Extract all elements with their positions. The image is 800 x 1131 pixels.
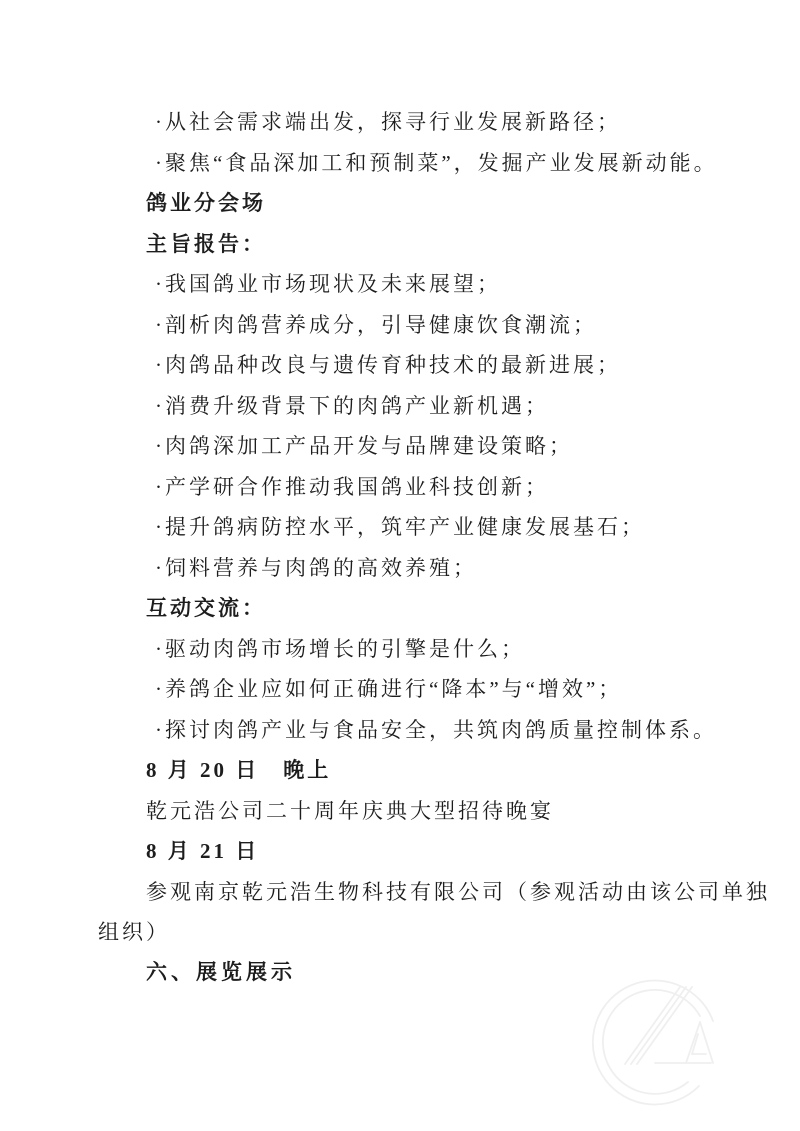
paragraph-line: 参观南京乾元浩生物科技有限公司（参观活动由该公司单独: [98, 872, 714, 913]
bullet-item: ·肉鸽深加工产品开发与品牌建设策略；: [98, 426, 714, 467]
bullet-item: ·我国鸽业市场现状及未来展望；: [98, 264, 714, 305]
bullet-item: ·养鸽企业应如何正确进行“降本”与“增效”；: [98, 669, 714, 710]
date-heading: 8 月 21 日: [98, 831, 714, 872]
section-heading: 互动交流：: [98, 588, 714, 629]
bullet-item: ·饲料营养与肉鸽的高效养殖；: [98, 548, 714, 589]
bullet-item: ·提升鸽病防控水平，筑牢产业健康发展基石；: [98, 507, 714, 548]
bullet-item: ·剖析肉鸽营养成分，引导健康饮食潮流；: [98, 305, 714, 346]
bullet-item: ·探讨肉鸽产业与食品安全，共筑肉鸽质量控制体系。: [98, 710, 714, 751]
association-logo-watermark-icon: [585, 972, 735, 1122]
document-body: ·从社会需求端出发，探寻行业发展新路径； ·聚焦“食品深加工和预制菜”，发掘产业…: [98, 102, 714, 993]
chapter-heading: 六、展览展示: [98, 953, 714, 994]
bullet-item: ·消费升级背景下的肉鸽产业新机遇；: [98, 386, 714, 427]
section-heading: 鸽业分会场: [98, 183, 714, 224]
bullet-item: ·产学研合作推动我国鸽业科技创新；: [98, 467, 714, 508]
paragraph-line: 组织）: [98, 912, 714, 953]
section-heading: 主旨报告：: [98, 224, 714, 265]
document-page: ·从社会需求端出发，探寻行业发展新路径； ·聚焦“食品深加工和预制菜”，发掘产业…: [0, 0, 800, 1131]
bullet-item: ·从社会需求端出发，探寻行业发展新路径；: [98, 102, 714, 143]
paragraph-line: 乾元浩公司二十周年庆典大型招待晚宴: [98, 791, 714, 832]
date-heading: 8 月 20 日 晚上: [98, 750, 714, 791]
bullet-item: ·聚焦“食品深加工和预制菜”，发掘产业发展新动能。: [98, 143, 714, 184]
bullet-item: ·驱动肉鸽市场增长的引擎是什么；: [98, 629, 714, 670]
bullet-item: ·肉鸽品种改良与遗传育种技术的最新进展；: [98, 345, 714, 386]
